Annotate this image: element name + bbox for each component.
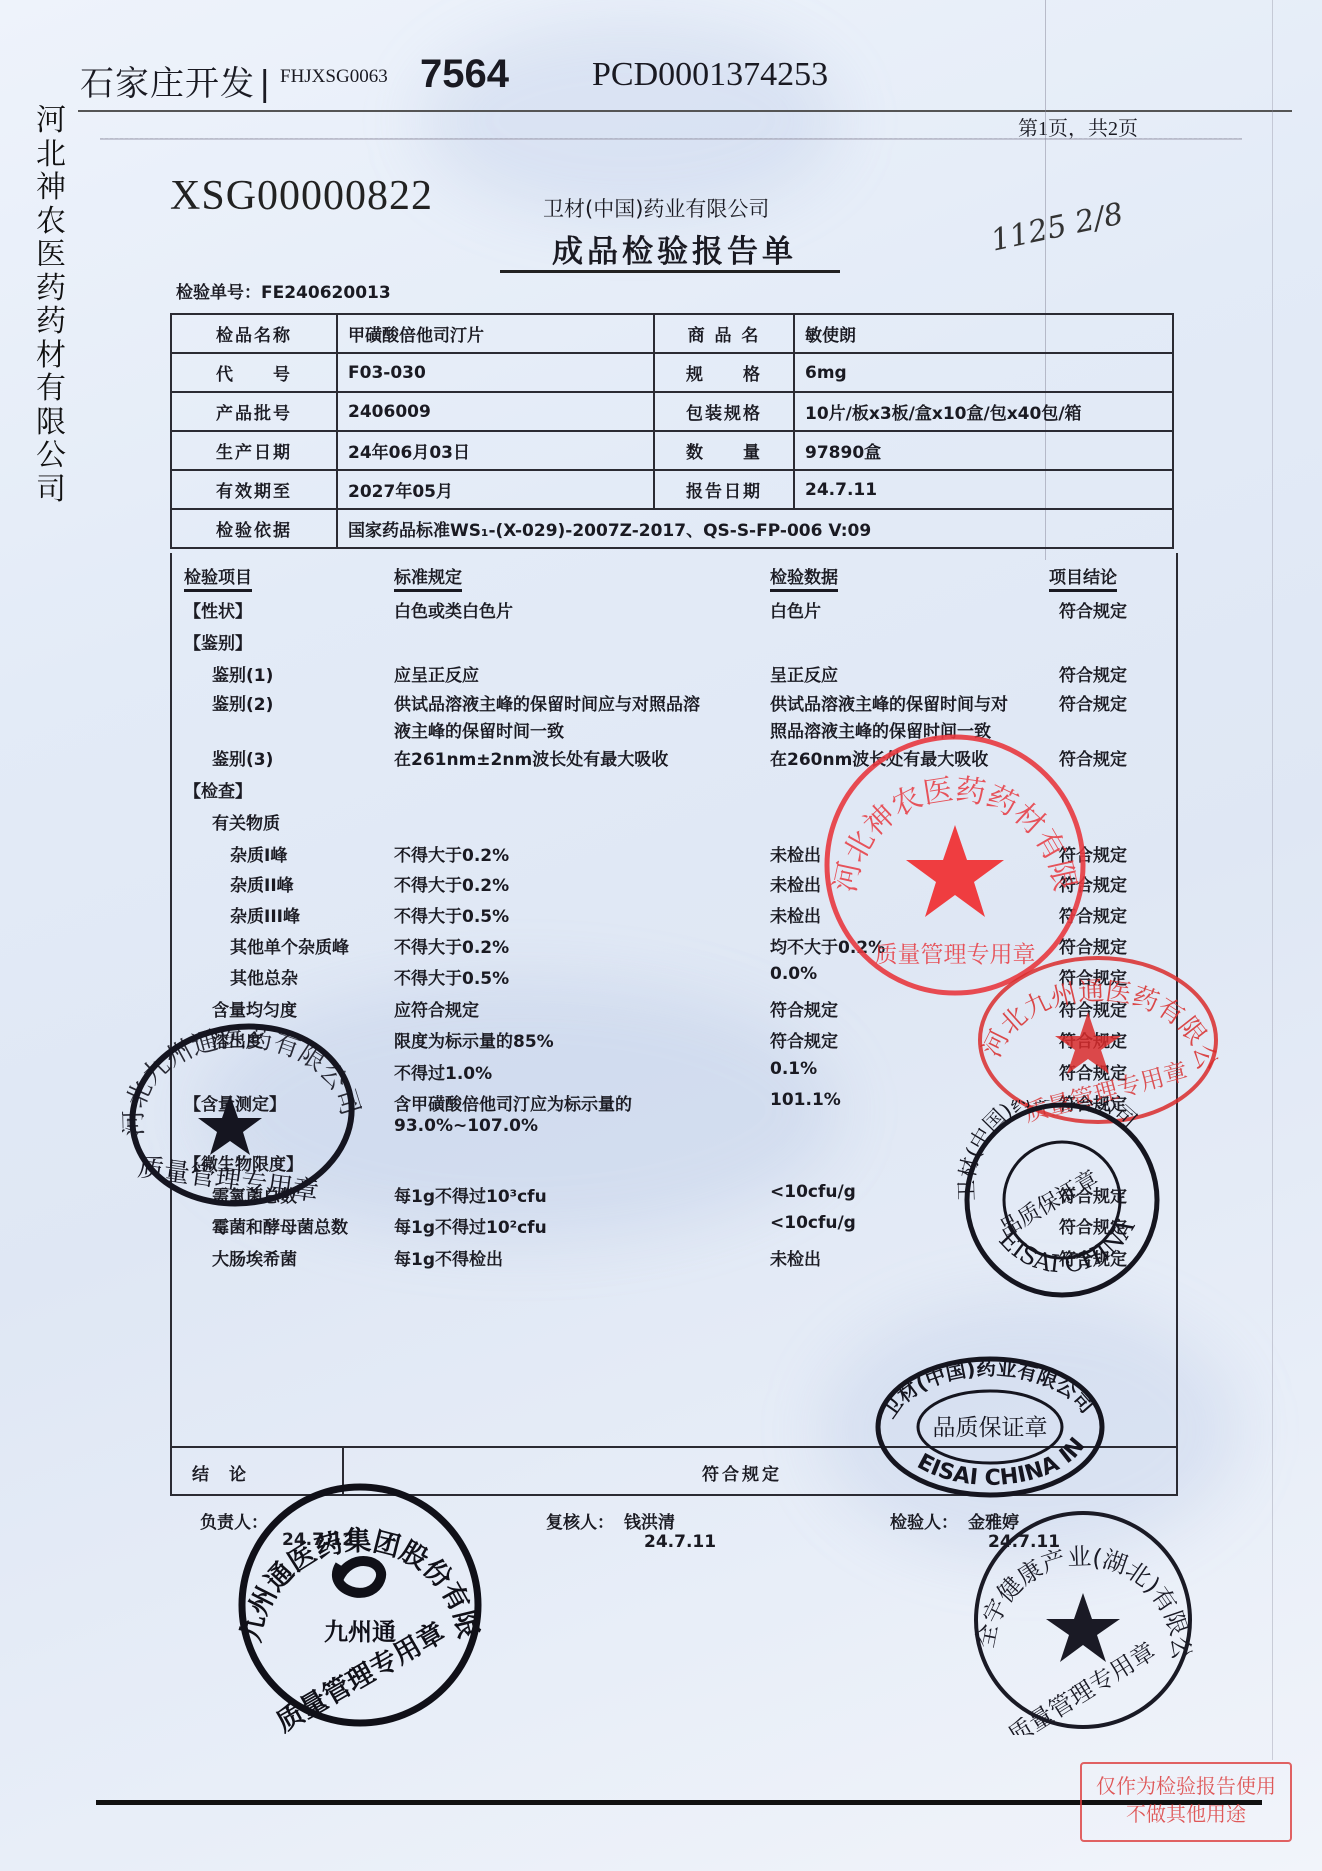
result-row: 【性状】白色或类白色片白色片符合规定 [172, 597, 1176, 627]
result-item: 含量均匀度 [212, 996, 297, 1021]
info-row: 检品名称甲磺酸倍他司汀片商 品 名敏使朗 [171, 314, 1173, 353]
result-row: 鉴别(1)应呈正反应呈正反应符合规定 [172, 661, 1176, 691]
result-standard: 应符合规定 [394, 996, 479, 1021]
result-row: 其他总杂不得大于0.5%0.0%符合规定 [172, 964, 1176, 994]
conclusion-label: 结论 [192, 1460, 266, 1485]
info-label: 产品批号 [171, 392, 337, 431]
result-item: 溶出度 [212, 1027, 263, 1052]
reviewer: 复核人：钱洪清 [546, 1508, 675, 1533]
result-data: <10cfu/g [770, 1213, 856, 1233]
conclusion-value: 符合规定 [702, 1460, 782, 1485]
page-indicator: 第1页，共2页 [1018, 112, 1138, 141]
doc-code-prefix: FHJXSG0063 [280, 66, 388, 88]
basis-row: 检验依据 国家药品标准WS₁-(X-029)-2007Z-2017、QS-S-F… [171, 509, 1173, 548]
result-item: 【鉴别】 [184, 629, 252, 654]
result-conclusion: 符合规定 [1059, 996, 1127, 1021]
product-info-table: 检品名称甲磺酸倍他司汀片商 品 名敏使朗代 号F03-030规 格6mg产品批号… [170, 313, 1174, 549]
result-conclusion: 符合规定 [1059, 1182, 1127, 1207]
result-item: 杂质I峰 [230, 841, 287, 866]
svg-text:九州通: 九州通 [324, 1618, 396, 1646]
info-label: 数 量 [654, 431, 794, 470]
svg-text:质量管理专用章: 质量管理专用章 [1003, 1637, 1160, 1735]
result-item: 大肠埃希菌 [212, 1245, 297, 1270]
info-label: 生产日期 [171, 431, 337, 470]
result-item: 其他单个杂质峰 [230, 933, 349, 958]
result-data: 未检出 [770, 871, 821, 896]
result-conclusion: 符合规定 [1059, 661, 1127, 686]
result-conclusion: 符合规定 [1059, 902, 1127, 927]
col-item: 检验项目 [184, 563, 252, 588]
result-standard: 每1g不得过10³cfu [394, 1182, 547, 1207]
info-value: 敏使朗 [794, 314, 1173, 353]
document-title: 成品检验报告单 [552, 226, 797, 271]
info-label: 包装规格 [654, 392, 794, 431]
result-item: 鉴别(3) [212, 745, 273, 770]
info-row: 有效期至2027年05月报告日期24.7.11 [171, 470, 1173, 509]
responsible-label: 负责人： [200, 1508, 268, 1533]
result-item: 【检查】 [184, 777, 252, 802]
result-conclusion: 符合规定 [1059, 1090, 1127, 1115]
result-standard: 不得大于0.2% [394, 871, 509, 896]
result-row: 杂质II峰不得大于0.2%未检出符合规定 [172, 871, 1176, 901]
result-conclusion: 符合规定 [1059, 841, 1127, 866]
result-data: 符合规定 [770, 1027, 838, 1052]
svg-text:质量管理专用章: 质量管理专用章 [271, 1616, 451, 1738]
result-conclusion: 符合规定 [1059, 1213, 1127, 1238]
xsg-code: XSG00000822 [170, 172, 433, 220]
info-value: F03-030 [337, 353, 654, 392]
result-data: 符合规定 [770, 996, 838, 1021]
result-data: 白色片 [770, 597, 821, 622]
result-data: 0.0% [770, 964, 817, 984]
result-row: 杂质I峰不得大于0.2%未检出符合规定 [172, 841, 1176, 871]
result-item: 需氧菌总数 [212, 1182, 297, 1207]
conclusion-row: 结论 符合规定 [170, 1446, 1178, 1496]
result-row: 液主峰的保留时间一致照品溶液主峰的保留时间一致 [172, 717, 1176, 747]
result-standard: 不得大于0.5% [394, 902, 509, 927]
result-item: 【含量测定】 [184, 1090, 286, 1115]
result-standard: 含甲磺酸倍他司汀应为标示量的 [394, 1090, 632, 1115]
jzt-round-quality-stamp: 九州通医药集团股份有限公司 九州通 质量管理专用章 [230, 1480, 490, 1740]
result-conclusion: 符合规定 [1059, 1245, 1127, 1270]
results-header: 检验项目 标准规定 检验数据 项目结论 [172, 563, 1176, 593]
result-data: 未检出 [770, 841, 821, 866]
result-data: 未检出 [770, 902, 821, 927]
result-data: 未检出 [770, 1245, 821, 1270]
result-row: 含量均匀度应符合规定符合规定符合规定 [172, 996, 1176, 1026]
store-name: 石家庄开发| [80, 56, 271, 105]
side-company-name: 河北神农医药药材有限公司 [33, 104, 69, 506]
handwritten-note: 1125 2/8 [988, 196, 1127, 258]
info-label: 检品名称 [171, 314, 337, 353]
result-row: 有关物质 [172, 809, 1176, 839]
result-item: 其他总杂 [230, 964, 298, 989]
result-standard: 白色或类白色片 [394, 597, 513, 622]
info-row: 代 号F03-030规 格6mg [171, 353, 1173, 392]
result-standard: 应呈正反应 [394, 661, 479, 686]
manufacturer-name: 卫材(中国)药业有限公司 [543, 193, 769, 223]
result-conclusion: 符合规定 [1059, 933, 1127, 958]
result-standard: 不得大于0.2% [394, 933, 509, 958]
col-data: 检验数据 [770, 563, 838, 588]
result-standard: 供试品溶液主峰的保留时间应与对照品溶 [394, 690, 700, 715]
info-value: 97890盒 [794, 431, 1173, 470]
scan-shade [420, 20, 840, 220]
inspector: 检验人：金雅婷 [890, 1508, 1019, 1533]
inspector-date: 24.7.11 [988, 1532, 1060, 1552]
result-row: 鉴别(2)供试品溶液主峰的保留时间应与对照品溶供试品溶液主峰的保留时间与对符合规… [172, 690, 1176, 720]
basis-label: 检验依据 [171, 509, 337, 548]
result-row: 需氧菌总数每1g不得过10³cfu<10cfu/g符合规定 [172, 1182, 1176, 1212]
result-conclusion: 符合规定 [1059, 964, 1127, 989]
report-number: 检验单号：FE240620013 [176, 278, 391, 303]
result-data: 照品溶液主峰的保留时间一致 [770, 717, 991, 742]
result-standard: 液主峰的保留时间一致 [394, 717, 564, 742]
col-result: 项目结论 [1049, 563, 1117, 588]
title-underline [500, 270, 840, 273]
result-standard: 不得大于0.2% [394, 841, 509, 866]
result-item: 鉴别(1) [212, 661, 273, 686]
result-conclusion: 符合规定 [1059, 597, 1127, 622]
fold-line [1272, 0, 1273, 1760]
svg-text:九州通医药集团股份有限公司: 九州通医药集团股份有限公司 [230, 1480, 484, 1645]
info-row: 产品批号2406009包装规格10片/板x3板/盒x10盒/包x40包/箱 [171, 392, 1173, 431]
result-item: 【性状】 [184, 597, 252, 622]
result-item: 杂质II峰 [230, 871, 294, 896]
info-value: 甲磺酸倍他司汀片 [337, 314, 654, 353]
result-row: 【鉴别】 [172, 629, 1176, 659]
result-row: 【检查】 [172, 777, 1176, 807]
doc-code-suffix: 7564 [420, 52, 509, 97]
result-item: 有关物质 [212, 809, 280, 834]
info-label: 报告日期 [654, 470, 794, 509]
result-row: 不得过1.0%0.1%符合规定 [172, 1059, 1176, 1089]
info-value: 2027年05月 [337, 470, 654, 509]
info-value: 24.7.11 [794, 470, 1173, 509]
result-row: 鉴别(3)在261nm±2nm波长处有最大吸收在260nm波长处有最大吸收符合规… [172, 745, 1176, 775]
result-conclusion: 符合规定 [1059, 690, 1127, 715]
result-conclusion: 符合规定 [1059, 745, 1127, 770]
result-row: 93.0%~107.0% [172, 1116, 1176, 1146]
result-standard: 限度为标示量的85% [394, 1027, 554, 1052]
result-row: 【微生物限度】 [172, 1150, 1176, 1180]
header-rule-dashed [100, 138, 1242, 140]
result-item: 鉴别(2) [212, 690, 273, 715]
result-standard: 在261nm±2nm波长处有最大吸收 [394, 745, 668, 770]
result-standard: 93.0%~107.0% [394, 1116, 538, 1136]
usage-notice-stamp: 仅作为检验报告使用 不做其他用途 [1080, 1762, 1292, 1842]
result-data: 供试品溶液主峰的保留时间与对 [770, 690, 1008, 715]
result-item: 【微生物限度】 [184, 1150, 303, 1175]
result-data: 101.1% [770, 1090, 841, 1110]
info-label: 规 格 [654, 353, 794, 392]
result-item: 杂质III峰 [230, 902, 300, 927]
result-row: 其他单个杂质峰不得大于0.2%均不大于0.2%符合规定 [172, 933, 1176, 963]
info-value: 10片/板x3板/盒x10盒/包x40包/箱 [794, 392, 1173, 431]
result-conclusion: 符合规定 [1059, 1059, 1127, 1084]
result-conclusion: 符合规定 [1059, 871, 1127, 896]
result-conclusion: 符合规定 [1059, 1027, 1127, 1052]
basis-value: 国家药品标准WS₁-(X-029)-2007Z-2017、QS-S-FP-006… [337, 509, 1173, 548]
result-standard: 每1g不得检出 [394, 1245, 503, 1270]
info-value: 6mg [794, 353, 1173, 392]
result-item: 霉菌和酵母菌总数 [212, 1213, 348, 1238]
result-standard: 不得过1.0% [394, 1059, 492, 1084]
info-value: 24年06月03日 [337, 431, 654, 470]
result-data: 均不大于0.2% [770, 933, 885, 958]
result-data: 在260nm波长处有最大吸收 [770, 745, 988, 770]
result-row: 大肠埃希菌每1g不得检出未检出符合规定 [172, 1245, 1176, 1275]
conclusion-divider [342, 1448, 344, 1494]
result-row: 霉菌和酵母菌总数每1g不得过10²cfu<10cfu/g符合规定 [172, 1213, 1176, 1243]
results-section: 检验项目 标准规定 检验数据 项目结论 【性状】白色或类白色片白色片符合规定【鉴… [170, 553, 1178, 1446]
col-standard: 标准规定 [394, 563, 462, 588]
result-data: 呈正反应 [770, 661, 838, 686]
result-data: 0.1% [770, 1059, 817, 1079]
result-row: 杂质III峰不得大于0.5%未检出符合规定 [172, 902, 1176, 932]
result-standard: 不得大于0.5% [394, 964, 509, 989]
result-row: 溶出度限度为标示量的85%符合规定符合规定 [172, 1027, 1176, 1057]
responsible-date: 24.7.12 [282, 1530, 354, 1550]
info-label: 代 号 [171, 353, 337, 392]
result-data: <10cfu/g [770, 1182, 856, 1202]
pcd-code: PCD0001374253 [592, 56, 828, 94]
reviewer-date: 24.7.11 [644, 1532, 716, 1552]
info-row: 生产日期24年06月03日数 量97890盒 [171, 431, 1173, 470]
result-standard: 每1g不得过10²cfu [394, 1213, 547, 1238]
info-label: 商 品 名 [654, 314, 794, 353]
info-value: 2406009 [337, 392, 654, 431]
info-label: 有效期至 [171, 470, 337, 509]
